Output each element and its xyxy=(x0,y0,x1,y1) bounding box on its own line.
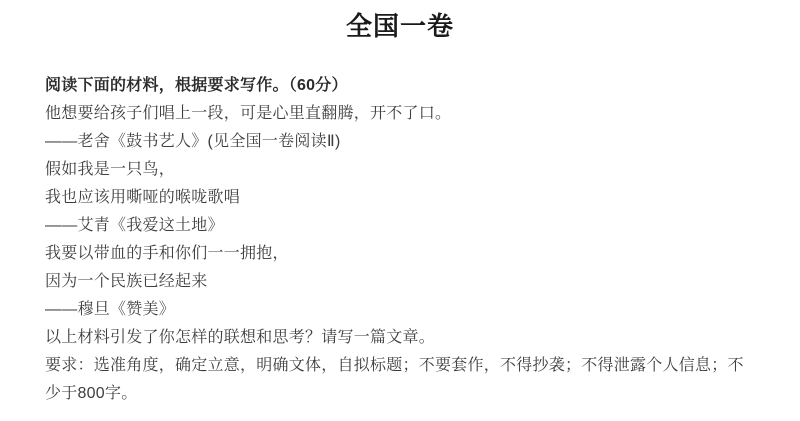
material-poem-mudan-line1: 我要以带血的手和你们一一拥抱， xyxy=(45,240,757,268)
attribution-laoshe: ——老舍《鼓书艺人》(见全国一卷阅读Ⅱ) xyxy=(45,128,757,156)
requirements-statement: 要求：选准角度，确定立意，明确文体，自拟标题；不要套作，不得抄袭；不得泄露个人信… xyxy=(45,352,757,408)
material-poem-aiqing-line1: 假如我是一只鸟， xyxy=(45,156,757,184)
task-statement: 以上材料引发了你怎样的联想和思考？请写一篇文章。 xyxy=(45,324,757,352)
exam-page: { "page": { "title": "全国一卷", "background… xyxy=(0,0,800,421)
page-title: 全国一卷 xyxy=(0,8,800,44)
material-quote-laoshe: 他想要给孩子们唱上一段，可是心里直翻腾，开不了口。 xyxy=(45,100,757,128)
prompt-instruction: 阅读下面的材料，根据要求写作。（60分） xyxy=(45,72,757,100)
attribution-aiqing: ——艾青《我爱这土地》 xyxy=(45,212,757,240)
material-poem-mudan-line2: 因为一个民族已经起来 xyxy=(45,268,757,296)
document-body: 阅读下面的材料，根据要求写作。（60分） 他想要给孩子们唱上一段，可是心里直翻腾… xyxy=(0,72,800,408)
material-poem-aiqing-line2: 我也应该用嘶哑的喉咙歌唱 xyxy=(45,184,757,212)
attribution-mudan: ——穆旦《赞美》 xyxy=(45,296,757,324)
